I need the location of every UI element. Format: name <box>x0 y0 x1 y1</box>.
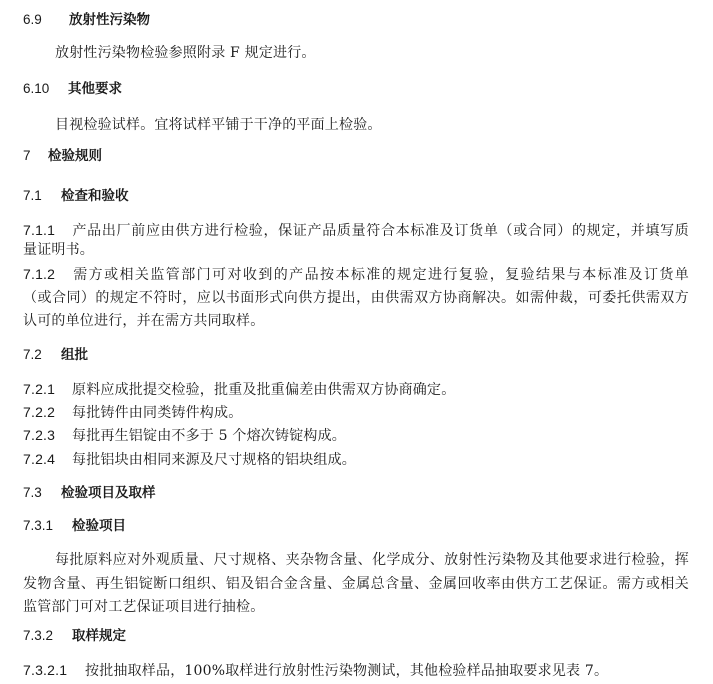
section-title: 取样规定 <box>72 628 126 644</box>
clause-7-2-1: 7.2.1原料应成批提交检验，批重及批重偏差由供需双方协商确定。 <box>23 380 455 399</box>
clause-number: 7.1.1 <box>23 221 72 239</box>
clause-7-1-1-line-2: 量证明书。 <box>23 241 94 259</box>
heading-6-9: 6.9放射性污染物 <box>23 11 150 29</box>
clause-number: 7.2.3 <box>23 426 72 444</box>
heading-7-1: 7.1检查和验收 <box>23 187 129 205</box>
section-title: 检验项目 <box>72 518 126 534</box>
heading-7: 7检验规则 <box>23 147 102 165</box>
clause-7-3-2-1: 7.3.2.1按批抽取样品，100%取样进行放射性污染物测试，其他检验样品抽取要… <box>23 661 608 680</box>
clause-number: 7.1.2 <box>23 265 72 283</box>
section-number: 7.1 <box>23 187 61 205</box>
section-number: 6.10 <box>23 80 68 98</box>
clause-text: 产品出厂前应由供方进行检验，保证产品质量符合本标准及订货单（或合同）的规定，并填… <box>72 223 689 239</box>
clause-number: 7.2.2 <box>23 403 72 421</box>
paragraph-7-3-1-line-3: 监管部门可对工艺保证项目进行抽检。 <box>23 598 264 616</box>
section-title: 检验项目及取样 <box>61 485 156 501</box>
clause-text: 每批铸件由同类铸件构成。 <box>72 405 242 421</box>
paragraph-7-3-1-line-1: 每批原料应对外观质量、尺寸规格、夹杂物含量、化学成分、放射性污染物及其他要求进行… <box>23 551 689 569</box>
clause-text: 每批铝块由相同来源及尺寸规格的铝块组成。 <box>72 452 356 468</box>
heading-7-2: 7.2组批 <box>23 346 88 364</box>
clause-7-1-2-line-2: （或合同）的规定不符时，应以书面形式向供方提出，由供需双方协商解决。如需仲裁，可… <box>23 289 689 307</box>
clause-text: 需方或相关监管部门可对收到的产品按本标准的规定进行复验，复验结果与本标准及订货单 <box>72 267 689 283</box>
section-number: 7.3.1 <box>23 517 72 535</box>
heading-6-10: 6.10其他要求 <box>23 80 122 98</box>
clause-number: 7.2.4 <box>23 450 72 468</box>
section-title: 检查和验收 <box>61 188 129 204</box>
paragraph-6-9: 放射性污染物检验参照附录 F 规定进行。 <box>55 44 316 62</box>
clause-7-1-2-line-1: 7.1.2需方或相关监管部门可对收到的产品按本标准的规定进行复验，复验结果与本标… <box>23 265 689 284</box>
clause-7-2-4: 7.2.4每批铝块由相同来源及尺寸规格的铝块组成。 <box>23 450 356 469</box>
clause-7-2-2: 7.2.2每批铸件由同类铸件构成。 <box>23 403 242 422</box>
clause-text: 按批抽取样品，100%取样进行放射性污染物测试，其他检验样品抽取要求见表 7。 <box>85 663 608 679</box>
clause-7-1-1-line-1: 7.1.1产品出厂前应由供方进行检验，保证产品质量符合本标准及订货单（或合同）的… <box>23 221 689 240</box>
heading-7-3: 7.3检验项目及取样 <box>23 484 156 502</box>
section-number: 6.9 <box>23 11 69 29</box>
section-number: 7.3 <box>23 484 61 502</box>
section-title: 检验规则 <box>48 148 102 164</box>
heading-7-3-1: 7.3.1检验项目 <box>23 517 126 535</box>
section-number: 7.3.2 <box>23 627 72 645</box>
paragraph-7-3-1-line-2: 发物含量、再生铝锭断口组织、铝及铝合金含量、金属总含量、金属回收率由供方工艺保证… <box>23 575 689 593</box>
clause-text: 每批再生铝锭由不多于 5 个熔次铸锭构成。 <box>72 428 346 444</box>
clause-number: 7.2.1 <box>23 380 72 398</box>
section-number: 7 <box>23 147 48 165</box>
clause-text: 原料应成批提交检验，批重及批重偏差由供需双方协商确定。 <box>72 382 455 398</box>
clause-7-2-3: 7.2.3每批再生铝锭由不多于 5 个熔次铸锭构成。 <box>23 426 346 445</box>
section-number: 7.2 <box>23 346 61 364</box>
section-title: 组批 <box>61 347 88 363</box>
clause-7-1-2-line-3: 认可的单位进行，并在需方共同取样。 <box>23 312 264 330</box>
section-title: 放射性污染物 <box>69 12 150 28</box>
clause-number: 7.3.2.1 <box>23 661 85 679</box>
paragraph-6-10: 目视检验试样。宜将试样平铺于干净的平面上检验。 <box>55 116 382 134</box>
heading-7-3-2: 7.3.2取样规定 <box>23 627 126 645</box>
section-title: 其他要求 <box>68 81 122 97</box>
